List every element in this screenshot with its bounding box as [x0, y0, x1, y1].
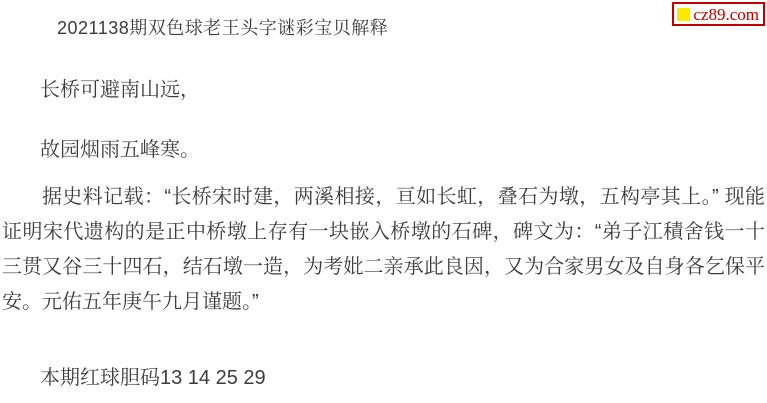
page-title: 2021138期双色球老王头字谜彩宝贝解释 [57, 14, 388, 40]
article-page: cz89.com 2021138期双色球老王头字谜彩宝贝解释 长桥可避南山远， … [0, 0, 767, 403]
logo-text: cz89.com [693, 6, 759, 23]
poem-line-1: 长桥可避南山远， [40, 73, 200, 102]
poem-line-2: 故园烟雨五峰寒。 [40, 133, 200, 162]
body-paragraph: 据史料记载：“长桥宋时建，两溪相接，亘如长虹，叠石为墩，五构亭其上。” 现能证明… [2, 180, 765, 320]
site-logo[interactable]: cz89.com [672, 2, 765, 26]
red-ball-numbers-line: 本期红球胆码13 14 25 29 [40, 361, 266, 390]
logo-square-icon [677, 8, 690, 21]
